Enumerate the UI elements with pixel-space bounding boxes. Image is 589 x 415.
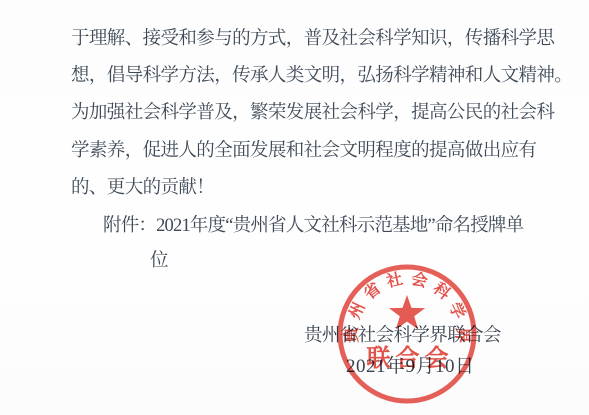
seal-arc-char: 贵 <box>343 326 361 343</box>
seal-inner-text: 联合会 <box>367 344 454 372</box>
letter-body: 于理解、接受和参与的方式，普及社会科学知识，传播科学思 想，倡导科学方法，传承人… <box>71 21 531 207</box>
official-seal: 贵州省社会科学界 联合会 <box>327 254 487 414</box>
seal-graphic: 贵州省社会科学界 联合会 <box>327 254 487 414</box>
body-line-2: 想，倡导科学方法，传承人类文明，弘扬科学精神和人文精神。 <box>71 58 531 95</box>
body-line-5: 的、更大的贡献！ <box>71 170 531 207</box>
document-page: 于理解、接受和参与的方式，普及社会科学知识，传播科学思 想，倡导科学方法，传承人… <box>0 0 589 415</box>
seal-arc-char: 界 <box>453 327 472 343</box>
body-line-1: 于理解、接受和参与的方式，普及社会科学知识，传播科学思 <box>71 21 531 58</box>
attachment-line: 附件：2021年度“贵州省人文社科示范基地”命名授牌单 <box>103 211 523 237</box>
seal-star-icon <box>389 295 425 329</box>
body-line-4: 学素养，促进人的全面发展和社会文明程度的提高做出应有 <box>71 133 531 170</box>
attachment-line-continued: 位 <box>150 246 169 272</box>
body-line-3: 为加强社会科学普及，繁荣发展社会科学，提高公民的社会科 <box>71 95 531 132</box>
